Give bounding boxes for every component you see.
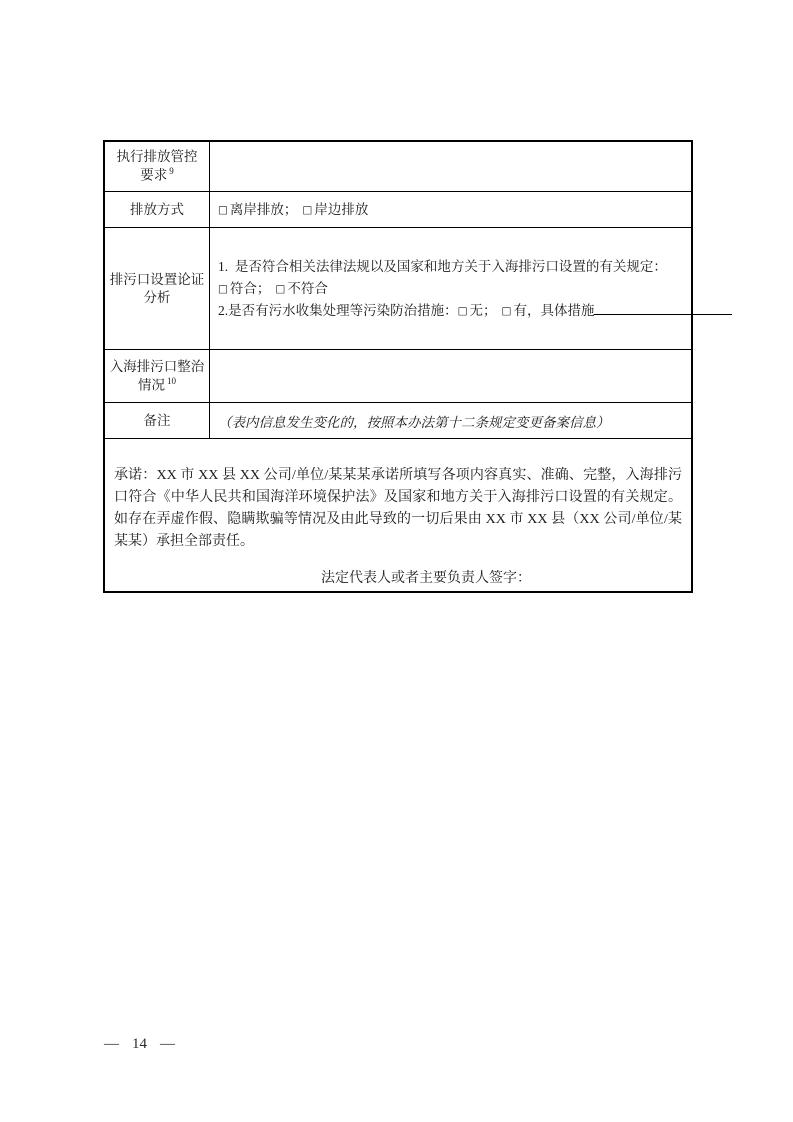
label-line2: 情况10 xyxy=(138,376,176,394)
option-no-measures: 无； xyxy=(470,303,497,318)
footnote-ref-10: 10 xyxy=(167,376,176,386)
label-discharge-mode: 排放方式 xyxy=(105,192,210,227)
value-discharge-control-requirements xyxy=(210,142,691,191)
remarks-note-text: （表内信息发生变化的，按照本办法第十二条规定变更备案信息） xyxy=(218,411,683,431)
outfall-registration-form-table: 执行排放管控 要求9 排放方式 □离岸排放；□岸边排放 排污口设置论证 分析 1… xyxy=(103,140,693,593)
footnote-ref-9: 9 xyxy=(169,166,174,176)
specific-measures-blank-line xyxy=(594,304,732,315)
commitment-paragraph: 承诺：XX 市 XX 县 XX 公司/单位/某某某承诺所填写各项内容真实、准确、… xyxy=(114,465,682,553)
label-outfall-remediation-status: 入海排污口整治 情况10 xyxy=(105,350,210,402)
option-has-measures: 有，具体措施 xyxy=(513,303,594,318)
checkbox-offshore-discharge: □ xyxy=(218,204,228,216)
option-offshore-discharge: 离岸排放； xyxy=(230,202,298,217)
checkbox-noncomply: □ xyxy=(275,283,285,295)
value-discharge-mode: □离岸排放；□岸边排放 xyxy=(210,192,691,227)
row-outfall-remediation-status: 入海排污口整治 情况10 xyxy=(105,350,691,403)
checkbox-comply: □ xyxy=(218,283,228,295)
analysis-question-2: 2.是否有污水收集处理等污染防治措施：□无；□有，具体措施 xyxy=(218,300,732,322)
document-page: 执行排放管控 要求9 排放方式 □离岸排放；□岸边排放 排污口设置论证 分析 1… xyxy=(0,0,793,1122)
label-line1: 排污口设置论证 xyxy=(110,271,205,289)
row-remarks: 备注 （表内信息发生变化的，按照本办法第十二条规定变更备案信息） xyxy=(105,403,691,439)
row-discharge-control-requirements: 执行排放管控 要求9 xyxy=(105,142,691,192)
page-number-value: 14 xyxy=(132,1036,147,1053)
checkbox-has-measures: □ xyxy=(502,305,512,317)
value-remarks: （表内信息发生变化的，按照本办法第十二条规定变更备案信息） xyxy=(210,403,691,438)
checkbox-shoreside-discharge: □ xyxy=(302,204,312,216)
option-shoreside-discharge: 岸边排放 xyxy=(314,202,368,217)
label-outfall-setup-analysis: 排污口设置论证 分析 xyxy=(105,228,210,349)
page-number-dash-left: — xyxy=(104,1036,119,1053)
value-outfall-setup-analysis: 1. 是否符合相关法律法规以及国家和地方关于入海排污口设置的有关规定： □符合；… xyxy=(210,228,740,349)
row-outfall-setup-analysis: 排污口设置论证 分析 1. 是否符合相关法律法规以及国家和地方关于入海排污口设置… xyxy=(105,228,691,350)
checkbox-no-measures: □ xyxy=(458,305,468,317)
question-2-text: 2.是否有污水收集处理等污染防治措施： xyxy=(218,303,458,318)
value-outfall-remediation-status xyxy=(210,350,691,402)
row-commitment: 承诺：XX 市 XX 县 XX 公司/单位/某某某承诺所填写各项内容真实、准确、… xyxy=(105,439,691,591)
label-line2: 分析 xyxy=(144,289,171,307)
label-remarks: 备注 xyxy=(105,403,210,438)
label-discharge-control-requirements: 执行排放管控 要求9 xyxy=(105,142,210,191)
label-line2: 要求9 xyxy=(140,166,174,184)
option-noncomply: 不符合 xyxy=(287,281,328,296)
signature-label: 法定代表人或者主要负责人签字： xyxy=(114,567,682,587)
page-number-dash-right: — xyxy=(160,1036,175,1053)
label-line1: 入海排污口整治 xyxy=(110,358,205,376)
commitment-cell: 承诺：XX 市 XX 县 XX 公司/单位/某某某承诺所填写各项内容真实、准确、… xyxy=(105,439,691,591)
analysis-question-1-options: □符合；□不符合 xyxy=(218,278,732,300)
label-line1: 执行排放管控 xyxy=(117,148,198,166)
row-discharge-mode: 排放方式 □离岸排放；□岸边排放 xyxy=(105,192,691,228)
option-comply: 符合； xyxy=(230,281,271,296)
page-number: — 14 — xyxy=(104,1036,175,1053)
discharge-mode-options: □离岸排放；□岸边排放 xyxy=(218,199,683,221)
analysis-question-1: 1. 是否符合相关法律法规以及国家和地方关于入海排污口设置的有关规定： xyxy=(218,256,732,278)
